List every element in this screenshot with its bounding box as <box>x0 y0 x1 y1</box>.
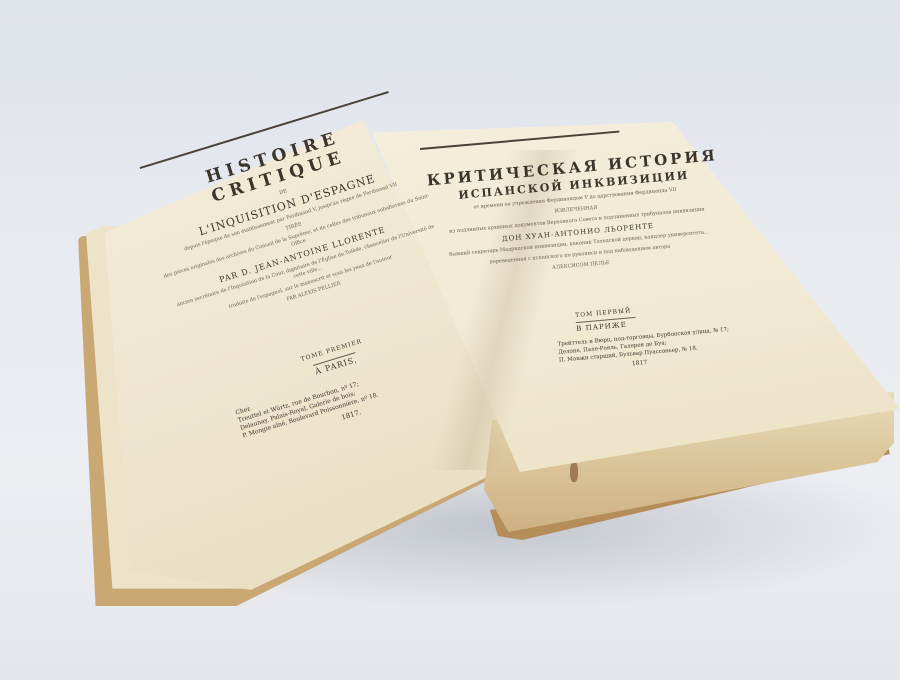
russian-title-block: КРИТИЧЕСКАЯ ИСТОРИЯ ИСПАНСКОЙ ИНКВИЗИЦИИ… <box>420 122 740 384</box>
photo-scene: HISTOIRE CRITIQUE DE L'INQUISITION D'ESP… <box>0 0 900 680</box>
page-edge-stain <box>570 462 578 482</box>
russian-city: В ПАРИЖЕ <box>576 317 637 333</box>
russian-tome: ТОМ ПЕРВЫЙ <box>575 298 735 319</box>
